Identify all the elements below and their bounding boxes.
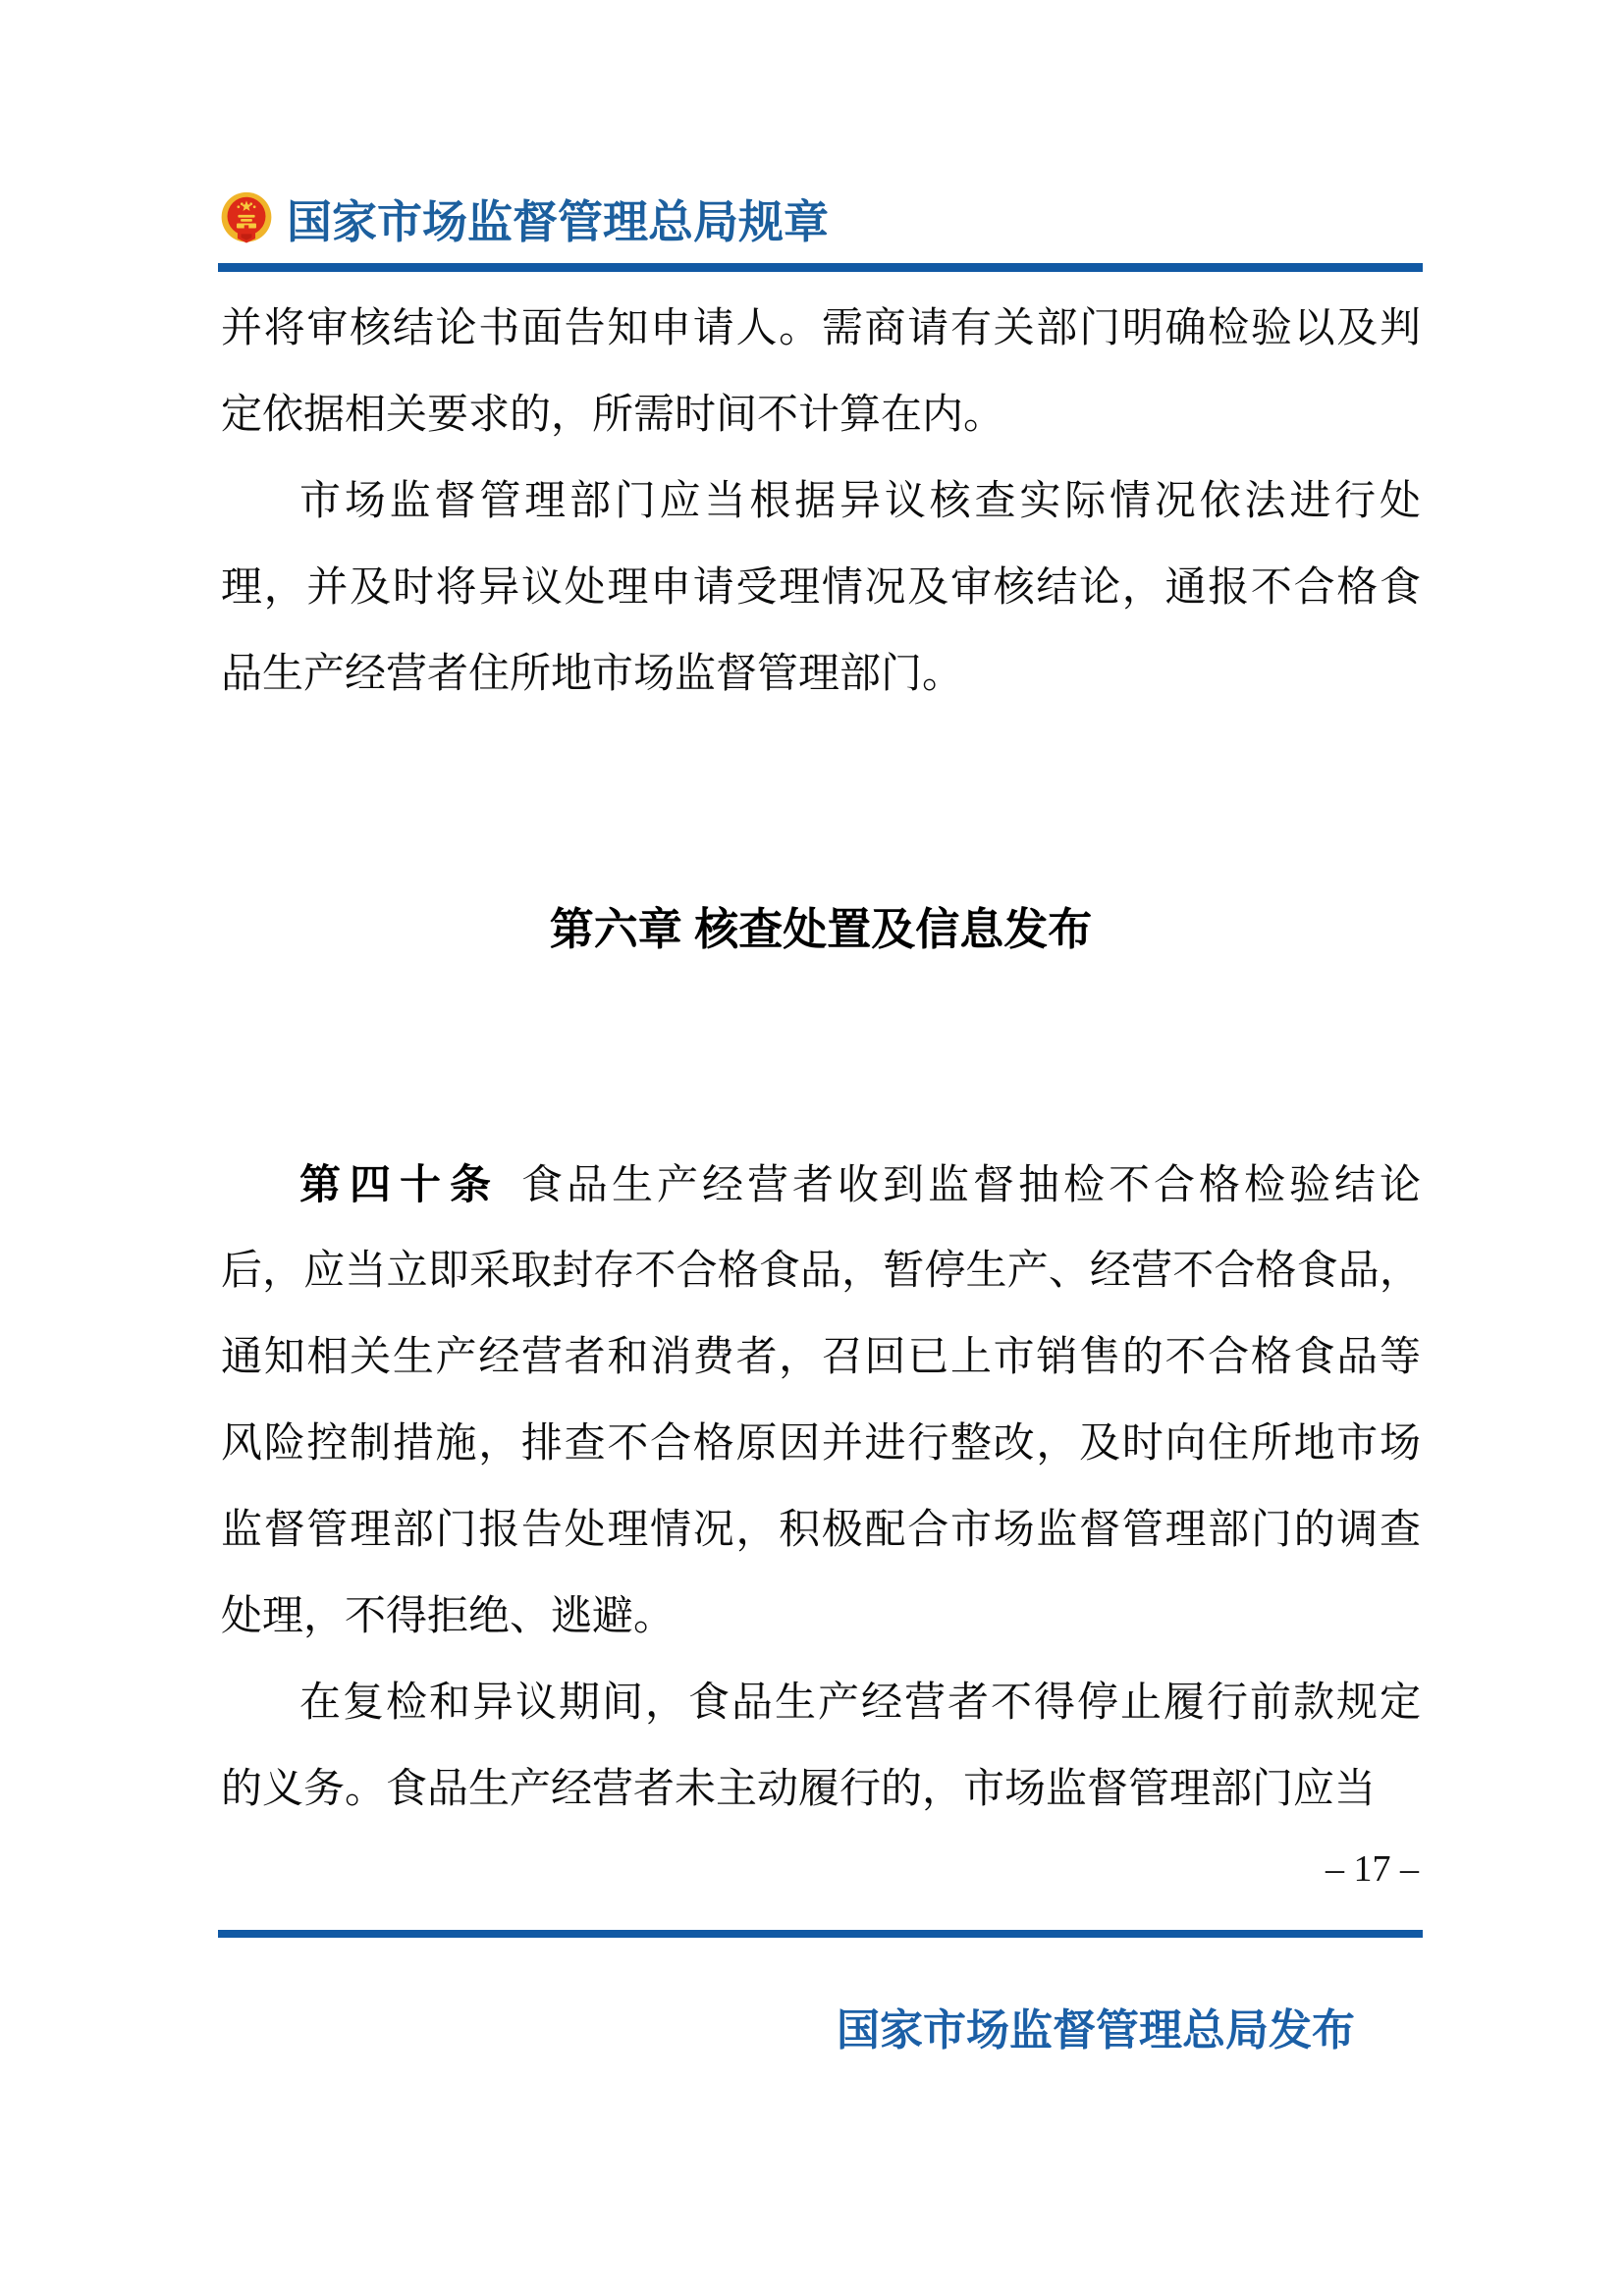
body-line: 并将审核结论书面告知申请人。需商请有关部门明确检验以及判 [221,286,1421,372]
body-line: 定依据相关要求的，所需时间不计算在内。 [221,372,1421,458]
page-number: – 17 – [1326,1843,1419,1895]
body-line: 风险控制措施，排查不合格原因并进行整改，及时向住所地市场 [221,1401,1421,1487]
paragraph: 市场监督管理部门应当根据异议核查实际情况依法进行处 理，并及时将异议处理申请受理… [221,458,1421,718]
header-divider-rule [218,263,1423,272]
body-line: 的义务。食品生产经营者未主动履行的，市场监督管理部门应当 [221,1746,1421,1833]
article-number: 第四十条 [299,1161,521,1207]
footer-divider-rule [218,1930,1423,1938]
body-line: 第四十条食品生产经营者收到监督抽检不合格检验结论 [221,1142,1421,1228]
body-line-text: 食品生产经营者收到监督抽检不合格检验结论 [521,1163,1421,1208]
china-national-emblem-icon [218,189,275,248]
body-line: 在复检和异议期间，食品生产经营者不得停止履行前款规定 [221,1660,1421,1746]
body-line: 品生产经营者住所地市场监督管理部门。 [221,631,1421,718]
document-page: 国家市场监督管理总局规章 并将审核结论书面告知申请人。需商请有关部门明确检验以及… [0,0,1624,2296]
page-header: 国家市场监督管理总局规章 [218,187,1423,251]
body-line: 监督管理部门报告处理情况，积极配合市场监督管理部门的调查 [221,1487,1421,1574]
document-body: 并将审核结论书面告知申请人。需商请有关部门明确检验以及判 定依据相关要求的，所需… [221,286,1421,1833]
body-line: 通知相关生产经营者和消费者，召回已上市销售的不合格食品等 [221,1314,1421,1401]
header-title: 国家市场监督管理总局规章 [287,187,829,251]
body-line: 后，应当立即采取封存不合格食品，暂停生产、经营不合格食品， [221,1228,1421,1314]
body-line: 理，并及时将异议处理申请受理情况及审核结论，通报不合格食 [221,545,1421,631]
paragraph-continued: 并将审核结论书面告知申请人。需商请有关部门明确检验以及判 定依据相关要求的，所需… [221,286,1421,458]
body-line: 市场监督管理部门应当根据异议核查实际情况依法进行处 [221,458,1421,545]
body-line: 处理，不得拒绝、逃避。 [221,1574,1421,1660]
chapter-heading: 第六章 核查处置及信息发布 [221,886,1421,973]
paragraph-article-40: 第四十条食品生产经营者收到监督抽检不合格检验结论 后，应当立即采取封存不合格食品… [221,1142,1421,1660]
paragraph: 在复检和异议期间，食品生产经营者不得停止履行前款规定 的义务。食品生产经营者未主… [221,1660,1421,1833]
footer-publisher: 国家市场监督管理总局发布 [837,1995,1355,2057]
